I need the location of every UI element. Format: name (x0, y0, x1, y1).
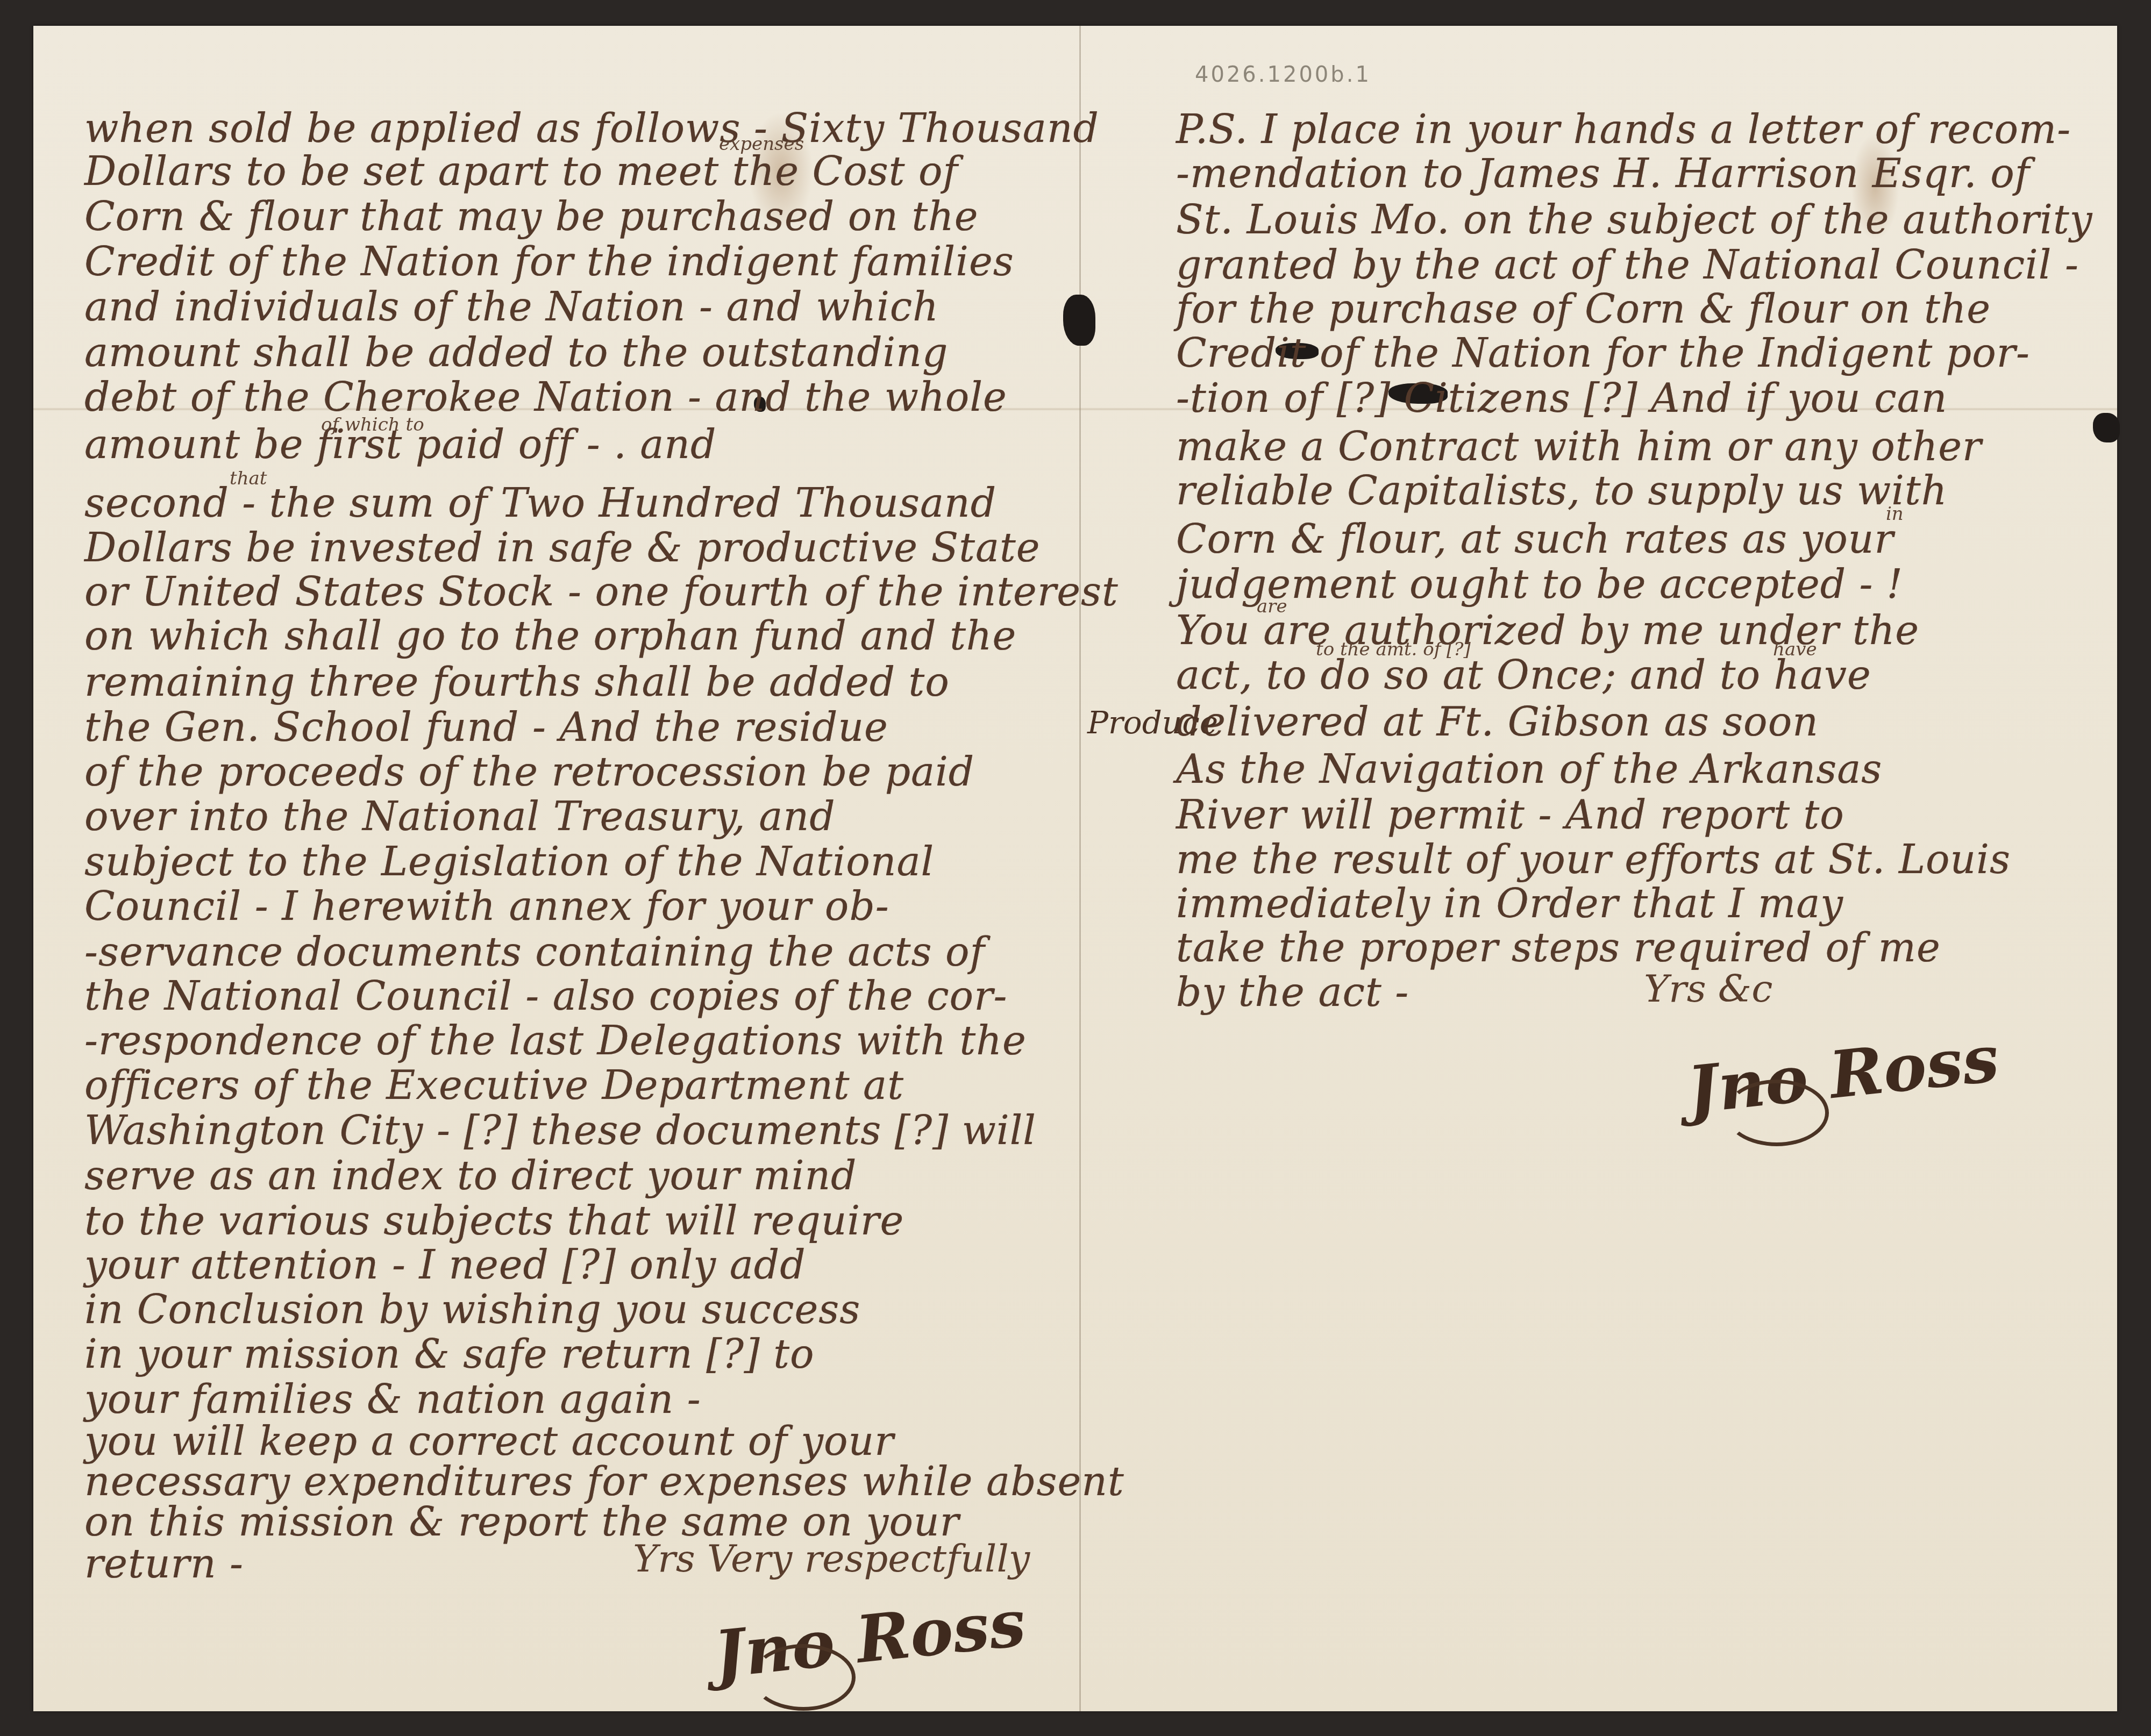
text-line: reliable Capitalists, to supply us with (1176, 468, 1947, 514)
text-line: act, to do so at Once; and to have (1176, 652, 1871, 698)
text-line: in Conclusion by wishing you success (84, 1287, 860, 1333)
interlinear-note: that (230, 468, 267, 489)
text-line: your families & nation again - (84, 1376, 701, 1423)
text-line: your attention - I need [?] only add (84, 1242, 806, 1288)
text-line: delivered at Ft. Gibson as soon (1176, 699, 1819, 745)
text-line: amount shall be added to the outstanding (84, 330, 948, 376)
text-line: necessary expenditures for expenses whil… (84, 1459, 1124, 1505)
text-line: me the result of your efforts at St. Lou… (1176, 837, 2011, 883)
text-line: Dollars be invested in safe & productive… (84, 525, 1041, 571)
text-line: -mendation to James H. Harrison Esqr. of (1176, 151, 2030, 197)
text-line: remaining three fourths shall be added t… (84, 659, 950, 705)
text-line: River will permit - And report to (1176, 792, 1844, 838)
interlinear-note: to the amt. of [?] (1316, 639, 1471, 660)
closing-salutation: Yrs &c (1644, 967, 1772, 1011)
text-line: -servance documents containing the acts … (84, 929, 985, 975)
text-line: Corn & flour, at such rates as your (1176, 516, 1894, 562)
interlinear-note: have (1773, 639, 1817, 660)
text-line: and individuals of the Nation - and whic… (84, 284, 939, 330)
interlinear-note: are (1257, 596, 1287, 617)
text-line: -tion of [?] Citizens [?] And if you can (1176, 375, 1947, 422)
text-line: Credit of the Nation for the Indigent po… (1176, 330, 2030, 376)
text-line: debt of the Cherokee Nation - and the wh… (84, 374, 1007, 420)
interlinear-note: in (1886, 503, 1904, 525)
text-line: granted by the act of the National Counc… (1176, 242, 2079, 288)
text-line: second - the sum of Two Hundred Thousand (84, 480, 996, 526)
text-line: Council - I herewith annex for your ob- (84, 883, 889, 930)
text-line: for the purchase of Corn & flour on the (1176, 286, 1991, 332)
ink-burn-hole-right-edge (2093, 413, 2120, 442)
text-line: you will keep a correct account of your (84, 1418, 894, 1464)
letter-sheet: 4026.1200b.1 when sold be applied as fol… (33, 26, 2117, 1711)
text-line: on which shall go to the orphan fund and… (84, 613, 1016, 659)
text-line: over into the National Treasury, and (84, 794, 836, 840)
text-line: by the act - (1176, 969, 1409, 1016)
closing-salutation: Yrs Very respectfully (633, 1537, 1030, 1581)
catalog-number: 4026.1200b.1 (1195, 62, 1371, 87)
interlinear-note: of which to (321, 414, 424, 435)
text-line: subject to the Legislation of the Nation… (84, 839, 934, 885)
interlinear-note: expenses (719, 133, 804, 155)
text-line: Dollars to be set apart to meet the Cost… (84, 148, 958, 195)
text-line: Washington City - [?] these documents [?… (84, 1108, 1036, 1154)
text-line: P.S. I place in your hands a letter of r… (1176, 106, 2071, 153)
text-line: serve as an index to direct your mind (84, 1153, 857, 1199)
signature-flourish (1725, 1080, 1829, 1146)
text-line: immediately in Order that I may (1176, 881, 1843, 927)
text-line: in your mission & safe return [?] to (84, 1331, 815, 1377)
text-line: take the proper steps required of me (1176, 925, 1941, 971)
signature-flourish (751, 1644, 856, 1711)
text-line: the Gen. School fund - And the residue (84, 704, 888, 751)
text-line: Credit of the Nation for the indigent fa… (84, 239, 1014, 285)
text-line: As the Navigation of the Arkansas (1176, 746, 1882, 792)
text-line: of the proceeds of the retrocession be p… (84, 749, 974, 795)
text-line: Corn & flour that may be purchased on th… (84, 194, 979, 240)
ink-burn-hole-center (1063, 295, 1095, 346)
text-line: make a Contract with him or any other (1176, 424, 1982, 470)
text-line: officers of the Executive Department at (84, 1062, 904, 1109)
text-line: -respondence of the last Delegations wit… (84, 1018, 1027, 1064)
text-line: return - (84, 1541, 244, 1587)
text-line: when sold be applied as follows - Sixty … (84, 105, 1099, 152)
text-line: St. Louis Mo. on the subject of the auth… (1176, 197, 2092, 243)
text-line: or United States Stock - one fourth of t… (84, 569, 1119, 615)
margin-note: Produce (1087, 704, 1218, 741)
text-line: the National Council - also copies of th… (84, 973, 1008, 1019)
text-line: to the various subjects that will requir… (84, 1198, 904, 1244)
